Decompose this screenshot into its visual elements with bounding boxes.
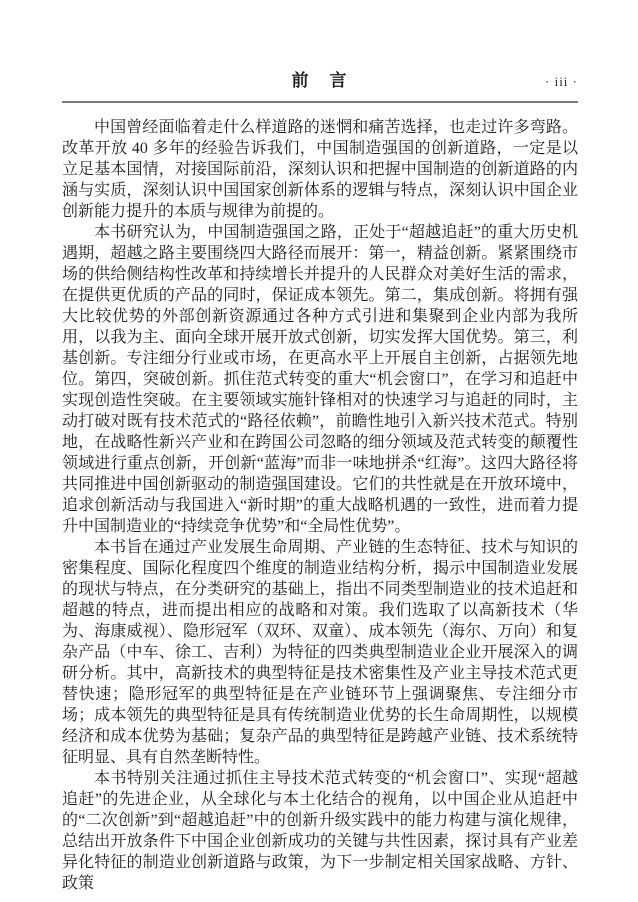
header-rule <box>62 101 578 103</box>
paragraph: 中国曾经面临着走什么样道路的迷惘和痛苦选择，也走过许多弯路。改革开放 40 多年… <box>62 117 578 222</box>
paragraph: 本书特别关注通过抓住主导技术范式转变的“机会窗口”、实现“超越追赶”的先进企业，… <box>62 768 578 894</box>
running-header: 前 言 · iii · <box>62 0 578 97</box>
page-title: 前 言 <box>62 71 578 91</box>
preface-body: 中国曾经面临着走什么样道路的迷惘和痛苦选择，也走过许多弯路。改革开放 40 多年… <box>62 117 578 894</box>
book-page: 前 言 · iii · 中国曾经面临着走什么样道路的迷惘和痛苦选择，也走过许多弯… <box>0 0 638 902</box>
paragraph: 本书旨在通过产业发展生命周期、产业链的生态特征、技术与知识的密集程度、国际化程度… <box>62 537 578 768</box>
paragraph: 本书研究认为，中国制造强国之路，正处于“超越追赶”的重大历史机遇期，超越之路主要… <box>62 222 578 537</box>
page-number: · iii · <box>545 74 578 90</box>
